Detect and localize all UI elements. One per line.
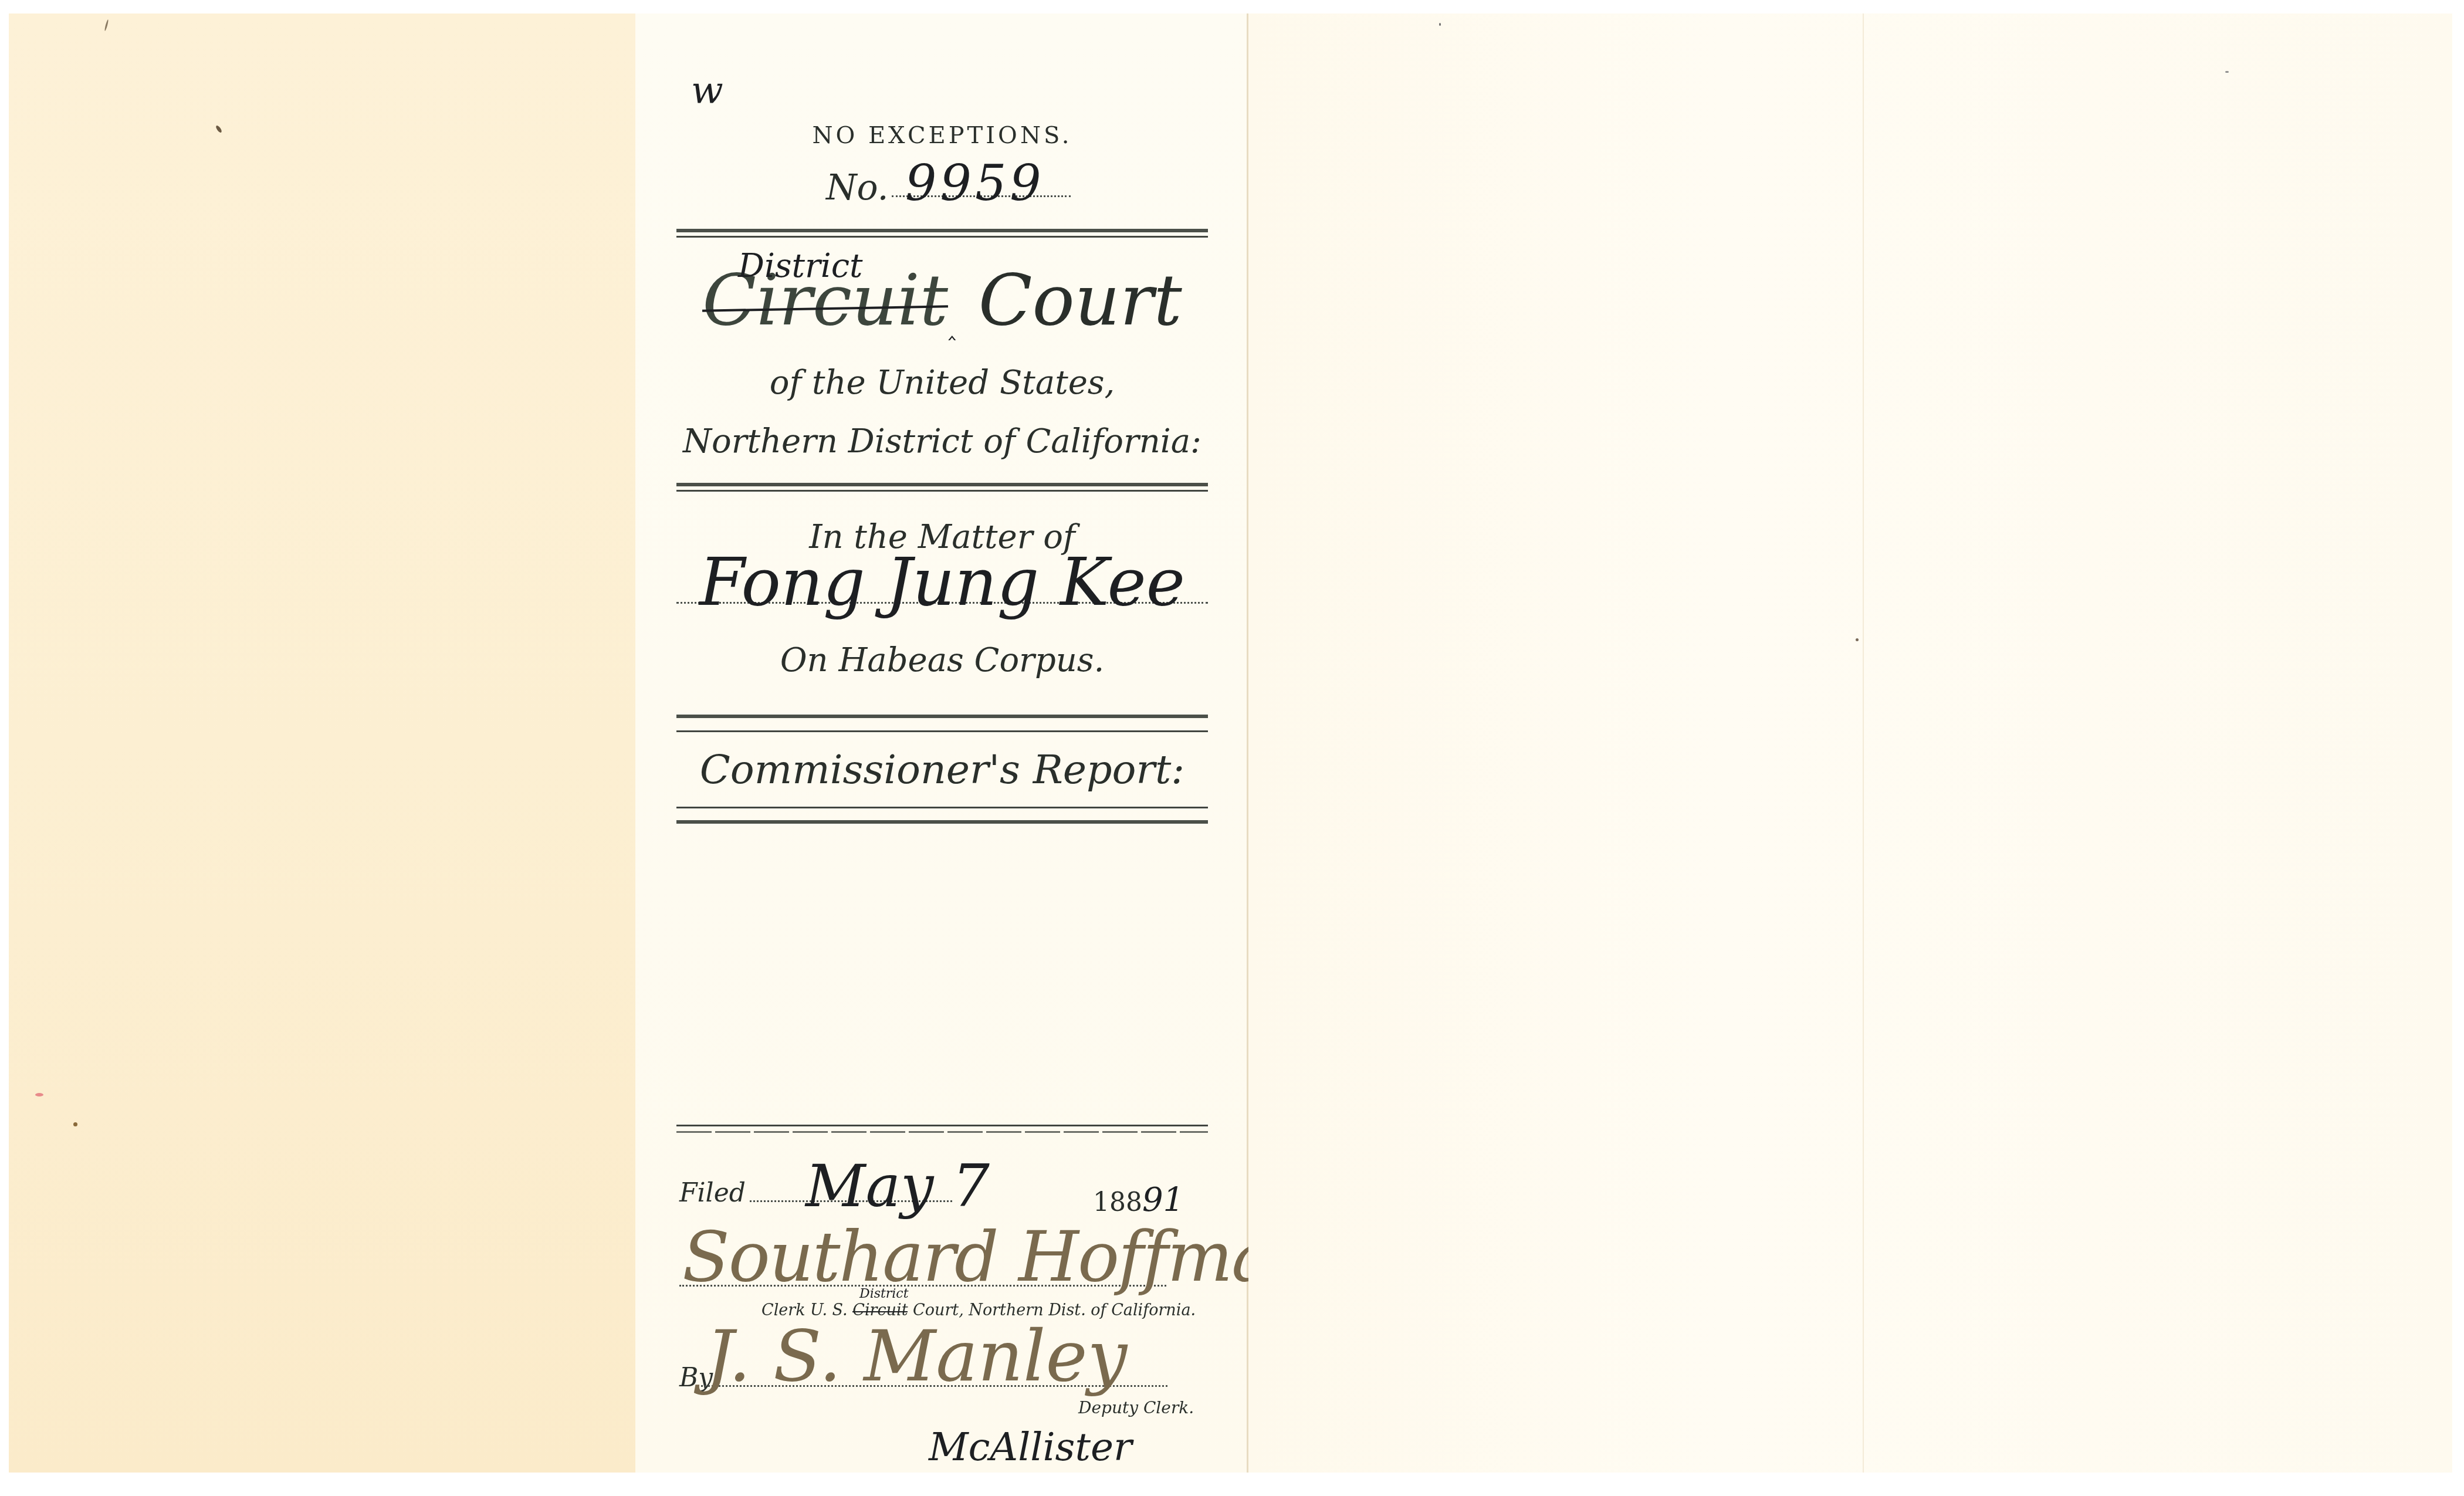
ink-speck	[1856, 638, 1859, 641]
case-number-value: 9959	[905, 154, 1045, 212]
rule	[676, 1125, 1208, 1126]
matter-name: Fong Jung Kee	[676, 544, 1208, 621]
rule	[676, 807, 1208, 808]
ink-speck	[104, 19, 109, 31]
case-number-label: No.	[826, 167, 889, 208]
court-word: Court	[979, 260, 1182, 341]
on-habeas-corpus: On Habeas Corpus.	[676, 641, 1208, 679]
rule	[676, 820, 1208, 824]
year-printed: 188	[1093, 1187, 1142, 1217]
right-panel	[1248, 13, 2452, 1473]
clerk-caption-inserted: District	[859, 1287, 909, 1301]
ink-speck	[2225, 71, 2229, 73]
rule	[676, 236, 1208, 238]
ink-speck	[73, 1122, 77, 1126]
rule	[676, 730, 1208, 732]
northern-district: Northern District of California:	[676, 422, 1208, 461]
year-handwritten: 91	[1142, 1181, 1184, 1219]
court-inserted-word: District	[738, 247, 863, 285]
clerk-signature: Southard Hoffman	[682, 1216, 1315, 1297]
rule	[676, 229, 1208, 232]
deputy-signature: J. S. Manley	[706, 1316, 1127, 1397]
report-title: Commissioner's Report:	[676, 747, 1208, 793]
red-speck	[35, 1093, 43, 1096]
ink-speck	[215, 125, 223, 134]
filed-date: May 7	[805, 1152, 990, 1220]
annotation-mcallister: McAllister	[929, 1424, 1132, 1470]
rule	[676, 715, 1208, 718]
ink-speck	[1439, 23, 1441, 26]
margin-mark: w	[691, 69, 723, 113]
deputy-caption: Deputy Clerk.	[1078, 1398, 1194, 1417]
rule	[676, 1131, 1208, 1133]
rule	[676, 483, 1208, 486]
filed-year: 18891	[1093, 1181, 1184, 1219]
filed-label: Filed	[679, 1178, 746, 1208]
insertion-caret: ‸	[948, 314, 956, 341]
of-united-states: of the United States,	[676, 364, 1208, 402]
left-panel	[9, 13, 637, 1473]
fold-line	[1863, 13, 1864, 1473]
rule	[676, 490, 1208, 492]
header-no-exceptions: NO EXCEPTIONS.	[676, 122, 1208, 149]
document-sheet: w NO EXCEPTIONS. No. 9959 Circuit‸ Court…	[9, 13, 2452, 1473]
cover-panel: w NO EXCEPTIONS. No. 9959 Circuit‸ Court…	[635, 13, 1248, 1473]
